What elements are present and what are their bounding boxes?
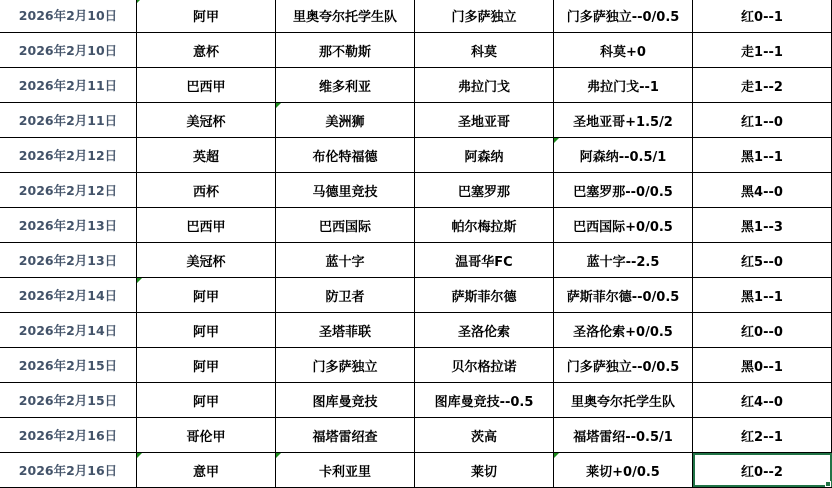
away-text: 贝尔格拉诺 (451, 356, 516, 375)
away-text: 图库曼竞技--0.5 (435, 391, 534, 410)
cell-home[interactable]: 蓝十字 (276, 243, 415, 277)
away-text: 门多萨独立 (451, 6, 516, 25)
cell-handicap[interactable]: 门多萨独立--0/0.5 (554, 0, 693, 32)
league-text: 美冠杯 (186, 111, 225, 130)
table-row: 2026年2月16日哥伦甲福塔雷绍查茨高福塔雷绍--0.5/1红2--1 (0, 418, 832, 453)
date-text: 2026年2月10日 (19, 6, 117, 24)
cell-league[interactable]: 阿甲 (137, 313, 276, 347)
handicap-text: 里奥夸尔托学生队 (571, 391, 675, 410)
away-text: 莱切 (471, 461, 497, 480)
cell-result[interactable]: 黑1--3 (693, 208, 832, 242)
cell-date[interactable]: 2026年2月12日 (0, 138, 137, 172)
result-text: 走1--2 (741, 76, 783, 95)
cell-league[interactable]: 阿甲 (137, 0, 276, 32)
home-text: 福塔雷绍查 (312, 426, 377, 445)
away-text: 萨斯菲尔德 (451, 286, 516, 305)
cell-result[interactable]: 红2--1 (693, 418, 832, 452)
cell-result[interactable]: 黑1--1 (693, 278, 832, 312)
result-text: 黑0--1 (741, 356, 783, 375)
cell-league[interactable]: 巴西甲 (137, 208, 276, 242)
cell-handicap[interactable]: 巴西国际+0/0.5 (554, 208, 693, 242)
cell-result[interactable]: 红5--0 (693, 243, 832, 277)
result-text: 红0--1 (741, 6, 783, 25)
handicap-text: 巴塞罗那--0/0.5 (573, 181, 673, 200)
cell-handicap[interactable]: 阿森纳--0.5/1 (554, 138, 693, 172)
handicap-text: 巴西国际+0/0.5 (573, 216, 673, 235)
home-text: 维多利亚 (319, 76, 371, 95)
league-text: 阿甲 (193, 391, 219, 410)
date-text: 2026年2月14日 (19, 286, 117, 304)
result-text: 红5--0 (741, 251, 783, 270)
cell-away[interactable]: 弗拉门戈 (415, 68, 554, 102)
cell-handicap[interactable]: 福塔雷绍--0.5/1 (554, 418, 693, 452)
date-text: 2026年2月15日 (19, 391, 117, 409)
result-text: 红1--0 (741, 111, 783, 130)
handicap-text: 科莫+0 (600, 41, 646, 60)
league-text: 阿甲 (193, 321, 219, 340)
table-row: 2026年2月11日美冠杯美洲狮圣地亚哥圣地亚哥+1.5/2红1--0 (0, 103, 832, 138)
home-text: 卡利亚里 (319, 461, 371, 480)
home-text: 图库曼竞技 (312, 391, 377, 410)
home-text: 门多萨独立 (312, 356, 377, 375)
result-text: 红4--0 (741, 391, 783, 410)
cell-handicap[interactable]: 圣洛伦索+0/0.5 (554, 313, 693, 347)
league-text: 英超 (193, 146, 219, 165)
cell-away[interactable]: 茨高 (415, 418, 554, 452)
cell-league[interactable]: 美冠杯 (137, 243, 276, 277)
cell-date[interactable]: 2026年2月13日 (0, 243, 137, 277)
cell-away[interactable]: 温哥华FC (415, 243, 554, 277)
date-text: 2026年2月11日 (19, 76, 117, 94)
league-text: 阿甲 (193, 356, 219, 375)
error-indicator-icon (276, 453, 281, 458)
error-indicator-icon (276, 103, 281, 108)
cell-away[interactable]: 贝尔格拉诺 (415, 348, 554, 382)
date-text: 2026年2月16日 (19, 426, 117, 444)
date-text: 2026年2月10日 (19, 41, 117, 59)
fill-handle[interactable] (825, 481, 831, 487)
cell-away[interactable]: 帕尔梅拉斯 (415, 208, 554, 242)
league-text: 哥伦甲 (186, 426, 225, 445)
cell-home[interactable]: 圣塔菲联 (276, 313, 415, 347)
cell-home[interactable]: 美洲狮 (276, 103, 415, 137)
league-text: 意甲 (193, 461, 219, 480)
home-text: 巴西国际 (319, 216, 371, 235)
home-text: 防卫者 (325, 286, 364, 305)
handicap-text: 萨斯菲尔德--0/0.5 (567, 286, 680, 305)
date-text: 2026年2月12日 (19, 181, 117, 199)
error-indicator-icon (137, 453, 142, 458)
handicap-text: 圣洛伦索+0/0.5 (573, 321, 673, 340)
cell-result[interactable]: 走1--2 (693, 68, 832, 102)
home-text: 那不勒斯 (319, 41, 371, 60)
error-indicator-icon (137, 0, 142, 3)
error-indicator-icon (554, 138, 559, 143)
away-text: 茨高 (471, 426, 497, 445)
cell-handicap[interactable]: 巴塞罗那--0/0.5 (554, 173, 693, 207)
away-text: 圣地亚哥 (458, 111, 510, 130)
away-text: 温哥华FC (455, 251, 512, 270)
home-text: 蓝十字 (325, 251, 364, 270)
league-text: 意杯 (193, 41, 219, 60)
table-row: 2026年2月14日阿甲防卫者萨斯菲尔德萨斯菲尔德--0/0.5黑1--1 (0, 278, 832, 313)
result-text: 黑4--0 (741, 181, 783, 200)
away-text: 弗拉门戈 (458, 76, 510, 95)
table-row: 2026年2月15日阿甲图库曼竞技图库曼竞技--0.5里奥夸尔托学生队红4--0 (0, 383, 832, 418)
date-text: 2026年2月15日 (19, 356, 117, 374)
cell-home[interactable]: 那不勒斯 (276, 33, 415, 67)
cell-home[interactable]: 防卫者 (276, 278, 415, 312)
cell-handicap[interactable]: 科莫+0 (554, 33, 693, 67)
cell-league[interactable]: 哥伦甲 (137, 418, 276, 452)
cell-home[interactable]: 马德里竞技 (276, 173, 415, 207)
cell-result[interactable]: 红4--0 (693, 383, 832, 417)
cell-home[interactable]: 福塔雷绍查 (276, 418, 415, 452)
cell-date[interactable]: 2026年2月14日 (0, 278, 137, 312)
cell-home[interactable]: 维多利亚 (276, 68, 415, 102)
cell-away[interactable]: 巴塞罗那 (415, 173, 554, 207)
date-text: 2026年2月12日 (19, 146, 117, 164)
league-text: 阿甲 (193, 286, 219, 305)
league-text: 西杯 (193, 181, 219, 200)
table-row: 2026年2月13日巴西甲巴西国际帕尔梅拉斯巴西国际+0/0.5黑1--3 (0, 208, 832, 243)
cell-date[interactable]: 2026年2月16日 (0, 418, 137, 452)
cell-date[interactable]: 2026年2月15日 (0, 383, 137, 417)
cell-handicap[interactable]: 门多萨独立--0/0.5 (554, 348, 693, 382)
cell-date[interactable]: 2026年2月10日 (0, 33, 137, 67)
date-text: 2026年2月13日 (19, 216, 117, 234)
cell-away[interactable]: 莱切 (415, 453, 554, 487)
result-text: 红0--0 (741, 321, 783, 340)
cell-home[interactable]: 巴西国际 (276, 208, 415, 242)
home-text: 里奥夸尔托学生队 (293, 6, 397, 25)
cell-result[interactable]: 黑4--0 (693, 173, 832, 207)
cell-handicap[interactable]: 萨斯菲尔德--0/0.5 (554, 278, 693, 312)
away-text: 科莫 (471, 41, 497, 60)
cell-away[interactable]: 科莫 (415, 33, 554, 67)
cell-handicap[interactable]: 蓝十字--2.5 (554, 243, 693, 277)
handicap-text: 弗拉门戈--1 (587, 76, 659, 95)
cell-home[interactable]: 图库曼竞技 (276, 383, 415, 417)
table-row: 2026年2月15日阿甲门多萨独立贝尔格拉诺门多萨独立--0/0.5黑0--1 (0, 348, 832, 383)
cell-away[interactable]: 阿森纳 (415, 138, 554, 172)
league-text: 巴西甲 (186, 76, 225, 95)
result-text: 红2--1 (741, 426, 783, 445)
cell-handicap[interactable]: 弗拉门戈--1 (554, 68, 693, 102)
cell-result[interactable]: 黑1--1 (693, 138, 832, 172)
cell-date[interactable]: 2026年2月15日 (0, 348, 137, 382)
cell-date[interactable]: 2026年2月11日 (0, 68, 137, 102)
date-text: 2026年2月11日 (19, 111, 117, 129)
cell-league[interactable]: 阿甲 (137, 278, 276, 312)
cell-result[interactable]: 红0--1 (693, 0, 832, 32)
cell-league[interactable]: 美冠杯 (137, 103, 276, 137)
handicap-text: 蓝十字--2.5 (587, 251, 660, 270)
cell-handicap[interactable]: 里奥夸尔托学生队 (554, 383, 693, 417)
error-indicator-icon (137, 278, 142, 283)
result-text: 黑1--1 (741, 286, 783, 305)
cell-away[interactable]: 门多萨独立 (415, 0, 554, 32)
cell-league[interactable]: 英超 (137, 138, 276, 172)
home-text: 马德里竞技 (312, 181, 377, 200)
cell-league[interactable]: 巴西甲 (137, 68, 276, 102)
cell-result[interactable]: 红0--0 (693, 313, 832, 347)
home-text: 圣塔菲联 (319, 321, 371, 340)
cell-date[interactable]: 2026年2月12日 (0, 173, 137, 207)
spreadsheet-grid: 2026年2月10日阿甲里奥夸尔托学生队门多萨独立门多萨独立--0/0.5红0-… (0, 0, 832, 488)
league-text: 阿甲 (193, 6, 219, 25)
cell-away[interactable]: 图库曼竞技--0.5 (415, 383, 554, 417)
cell-away[interactable]: 圣地亚哥 (415, 103, 554, 137)
handicap-text: 圣地亚哥+1.5/2 (573, 111, 673, 130)
table-row: 2026年2月12日英超布伦特福德阿森纳阿森纳--0.5/1黑1--1 (0, 138, 832, 173)
away-text: 帕尔梅拉斯 (451, 216, 516, 235)
cell-league[interactable]: 阿甲 (137, 383, 276, 417)
result-text: 黑1--3 (741, 216, 783, 235)
cell-date[interactable]: 2026年2月10日 (0, 0, 137, 32)
cell-home[interactable]: 里奥夸尔托学生队 (276, 0, 415, 32)
result-text: 黑1--1 (741, 146, 783, 165)
cell-home[interactable]: 布伦特福德 (276, 138, 415, 172)
table-row: 2026年2月11日巴西甲维多利亚弗拉门戈弗拉门戈--1走1--2 (0, 68, 832, 103)
cell-handicap[interactable]: 圣地亚哥+1.5/2 (554, 103, 693, 137)
table-row: 2026年2月13日美冠杯蓝十字温哥华FC蓝十字--2.5红5--0 (0, 243, 832, 278)
handicap-text: 福塔雷绍--0.5/1 (573, 426, 673, 445)
cell-result[interactable]: 走1--1 (693, 33, 832, 67)
handicap-text: 阿森纳--0.5/1 (580, 146, 667, 165)
league-text: 美冠杯 (186, 251, 225, 270)
cell-league[interactable]: 阿甲 (137, 348, 276, 382)
error-indicator-icon (554, 453, 559, 458)
table-row: 2026年2月16日意甲卡利亚里莱切莱切+0/0.5红0--2 (0, 453, 832, 488)
cell-away[interactable]: 圣洛伦索 (415, 313, 554, 347)
cell-league[interactable]: 意甲 (137, 453, 276, 487)
cell-league[interactable]: 西杯 (137, 173, 276, 207)
away-text: 巴塞罗那 (458, 181, 510, 200)
cell-away[interactable]: 萨斯菲尔德 (415, 278, 554, 312)
home-text: 布伦特福德 (312, 146, 377, 165)
cell-date[interactable]: 2026年2月14日 (0, 313, 137, 347)
home-text: 美洲狮 (325, 111, 364, 130)
cell-handicap[interactable]: 莱切+0/0.5 (554, 453, 693, 487)
handicap-text: 门多萨独立--0/0.5 (567, 6, 680, 25)
cell-date[interactable]: 2026年2月16日 (0, 453, 137, 487)
date-text: 2026年2月14日 (19, 321, 117, 339)
selected-cell[interactable]: 红0--2 (693, 453, 832, 487)
away-text: 圣洛伦索 (458, 321, 510, 340)
table-row: 2026年2月14日阿甲圣塔菲联圣洛伦索圣洛伦索+0/0.5红0--0 (0, 313, 832, 348)
cell-result[interactable]: 红1--0 (693, 103, 832, 137)
handicap-text: 门多萨独立--0/0.5 (567, 356, 680, 375)
cell-league[interactable]: 意杯 (137, 33, 276, 67)
table-row: 2026年2月12日西杯马德里竞技巴塞罗那巴塞罗那--0/0.5黑4--0 (0, 173, 832, 208)
result-text: 走1--1 (741, 41, 783, 60)
date-text: 2026年2月16日 (19, 461, 117, 479)
cell-date[interactable]: 2026年2月11日 (0, 103, 137, 137)
league-text: 巴西甲 (186, 216, 225, 235)
cell-result[interactable]: 黑0--1 (693, 348, 832, 382)
cell-home[interactable]: 门多萨独立 (276, 348, 415, 382)
cell-home[interactable]: 卡利亚里 (276, 453, 415, 487)
date-text: 2026年2月13日 (19, 251, 117, 269)
table-row: 2026年2月10日意杯那不勒斯科莫科莫+0走1--1 (0, 33, 832, 68)
table-row: 2026年2月10日阿甲里奥夸尔托学生队门多萨独立门多萨独立--0/0.5红0-… (0, 0, 832, 33)
away-text: 阿森纳 (464, 146, 503, 165)
cell-date[interactable]: 2026年2月13日 (0, 208, 137, 242)
result-text: 红0--2 (741, 461, 783, 480)
handicap-text: 莱切+0/0.5 (586, 461, 660, 480)
